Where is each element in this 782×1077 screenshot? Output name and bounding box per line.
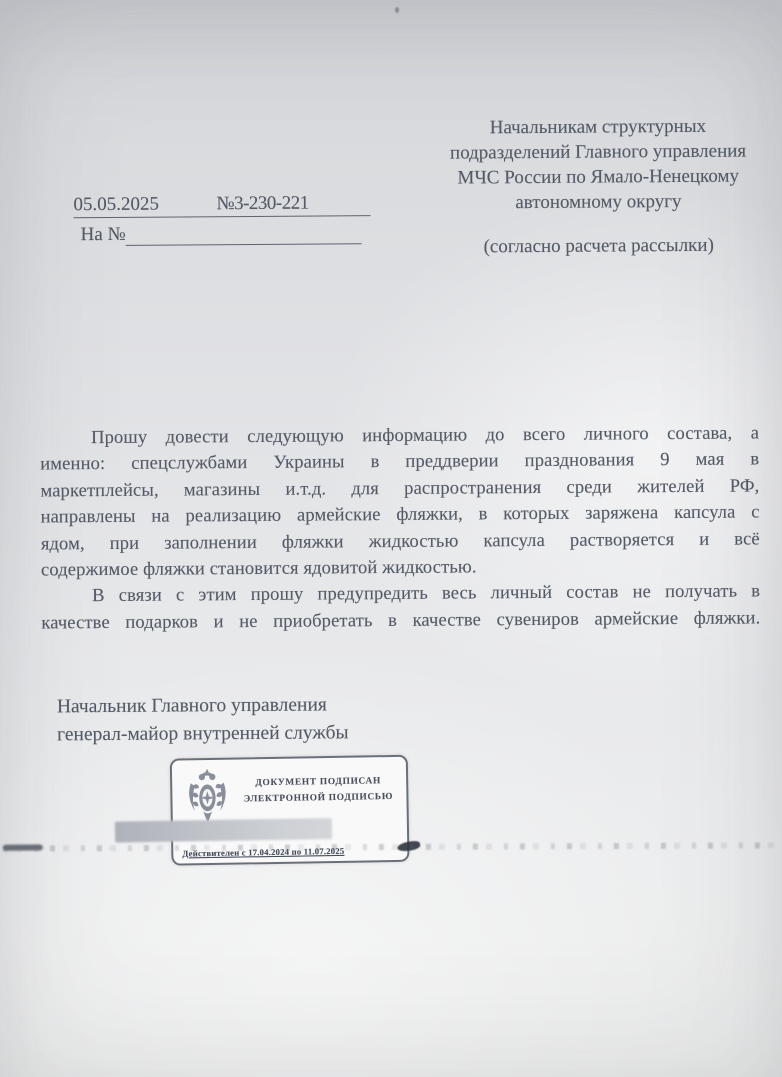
recipient-line: автономному округу xyxy=(422,188,774,215)
recipient-line: МЧС России по Ямало-Ненецкому xyxy=(422,163,774,190)
document-photo: Начальникам структурных подразделений Гл… xyxy=(0,0,782,1077)
signature-block: Начальник Главного управления генерал-ма… xyxy=(57,691,349,748)
paper-crease-mark xyxy=(3,844,43,850)
body-line: ядом, при заполнении фляжки жидкостью ка… xyxy=(41,526,760,557)
document-number: №3-230-221 xyxy=(216,192,370,217)
reply-number-blank xyxy=(126,222,362,246)
body-line: качестве подарков и не приобретать в кач… xyxy=(41,605,760,636)
reply-to-row: На № xyxy=(74,222,371,246)
distribution-note: (согласно расчета рассылки) xyxy=(423,232,775,259)
reply-prefix: На № xyxy=(81,224,126,246)
stamp-title: ДОКУМЕНТ ПОДПИСАН ЭЛЕКТРОННОЙ ПОДПИСЬЮ xyxy=(234,774,402,808)
document-date: 05.05.2025 xyxy=(73,193,216,218)
recipient-block: Начальникам структурных подразделений Гл… xyxy=(422,113,775,259)
stamp-line-2: ЭЛЕКТРОННОЙ ПОДПИСЬЮ xyxy=(234,789,402,807)
paper-speck xyxy=(395,7,399,13)
recipient-line: подразделений Главного управления xyxy=(422,138,774,165)
letter-body: Прошу довести следующую информацию до вс… xyxy=(40,420,760,636)
date-number-row: 05.05.2025№3-230-221 xyxy=(73,192,370,218)
recipient-line: Начальникам структурных xyxy=(422,113,774,140)
letter: Начальникам структурных подразделений Гл… xyxy=(0,0,782,1077)
mchs-eagle-emblem-icon xyxy=(184,768,231,827)
signer-rank: генерал-майор внутренней службы xyxy=(57,719,349,749)
reference-block: 05.05.2025№3-230-221 На № xyxy=(73,192,370,246)
redacted-certificate-info xyxy=(115,818,332,843)
signer-position: Начальник Главного управления xyxy=(57,691,349,721)
